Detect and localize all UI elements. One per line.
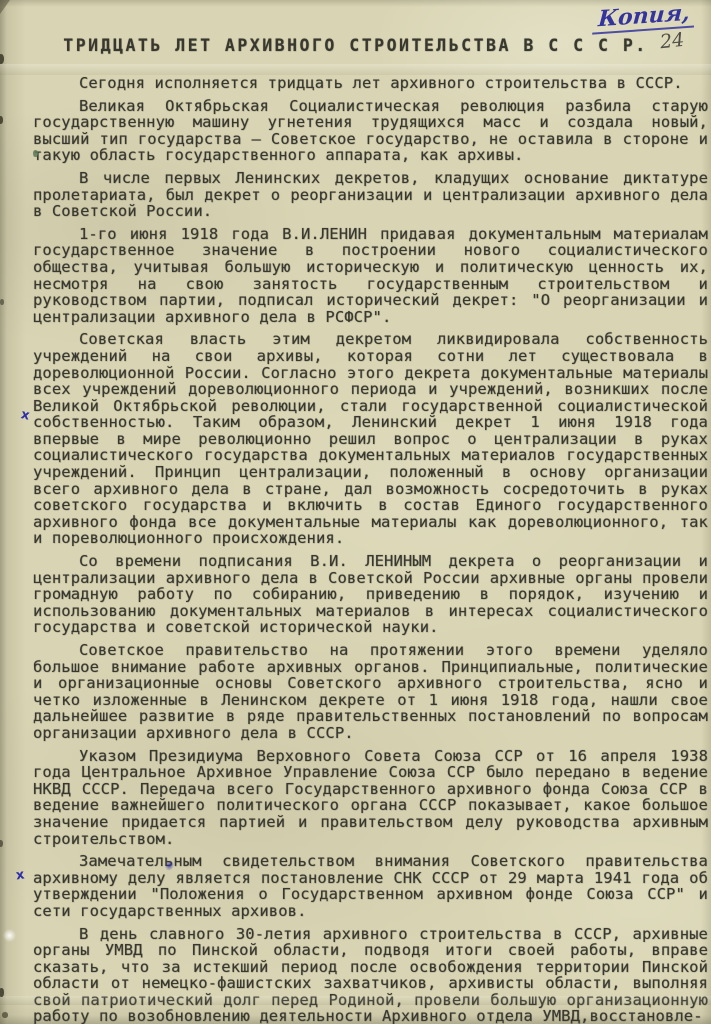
page-number: 24 [659,29,685,53]
document-paragraph: Сегодня исполняется тридцать лет архивно… [33,75,708,92]
document-paragraph: 1-го июня 1918 года В.И.ЛЕНИН придавая д… [33,226,708,326]
document-paragraph: В день славного 30-летия архивного строи… [33,926,708,1024]
document-paragraph: Советское правительство на протяжении эт… [33,642,708,742]
document-paragraph: Советская власть этим декретом ликвидиро… [33,331,708,547]
document-title: ТРИДЦАТЬ ЛЕТ АРХИВНОГО СТРОИТЕЛЬСТВА В С… [20,36,691,55]
document-body: Сегодня исполняется тридцать лет архивно… [0,75,711,1024]
paper-speck [0,299,4,305]
paper-corner-shade [0,0,10,14]
document-paragraph: Указом Президиума Верховного Совета Союз… [33,748,708,848]
document-paragraph: Со времени подписания В.И. ЛЕНИНЫМ декре… [33,553,708,636]
paper-hole [3,929,16,942]
paper-speck [33,150,38,157]
paper-speck [2,1012,8,1018]
document-page: Копия, 24 х х ТРИДЦАТЬ ЛЕТ АРХИВНОГО СТР… [0,0,711,1024]
paper-speck [0,988,4,997]
document-paragraph: Великая Октябрьская Социалистическая рев… [33,98,708,164]
paper-speck [0,54,4,64]
document-paragraph: В числе первых Ленинских декретов, кладу… [33,170,708,220]
document-paragraph: Замечательным свидетельством внимания Со… [33,853,708,919]
